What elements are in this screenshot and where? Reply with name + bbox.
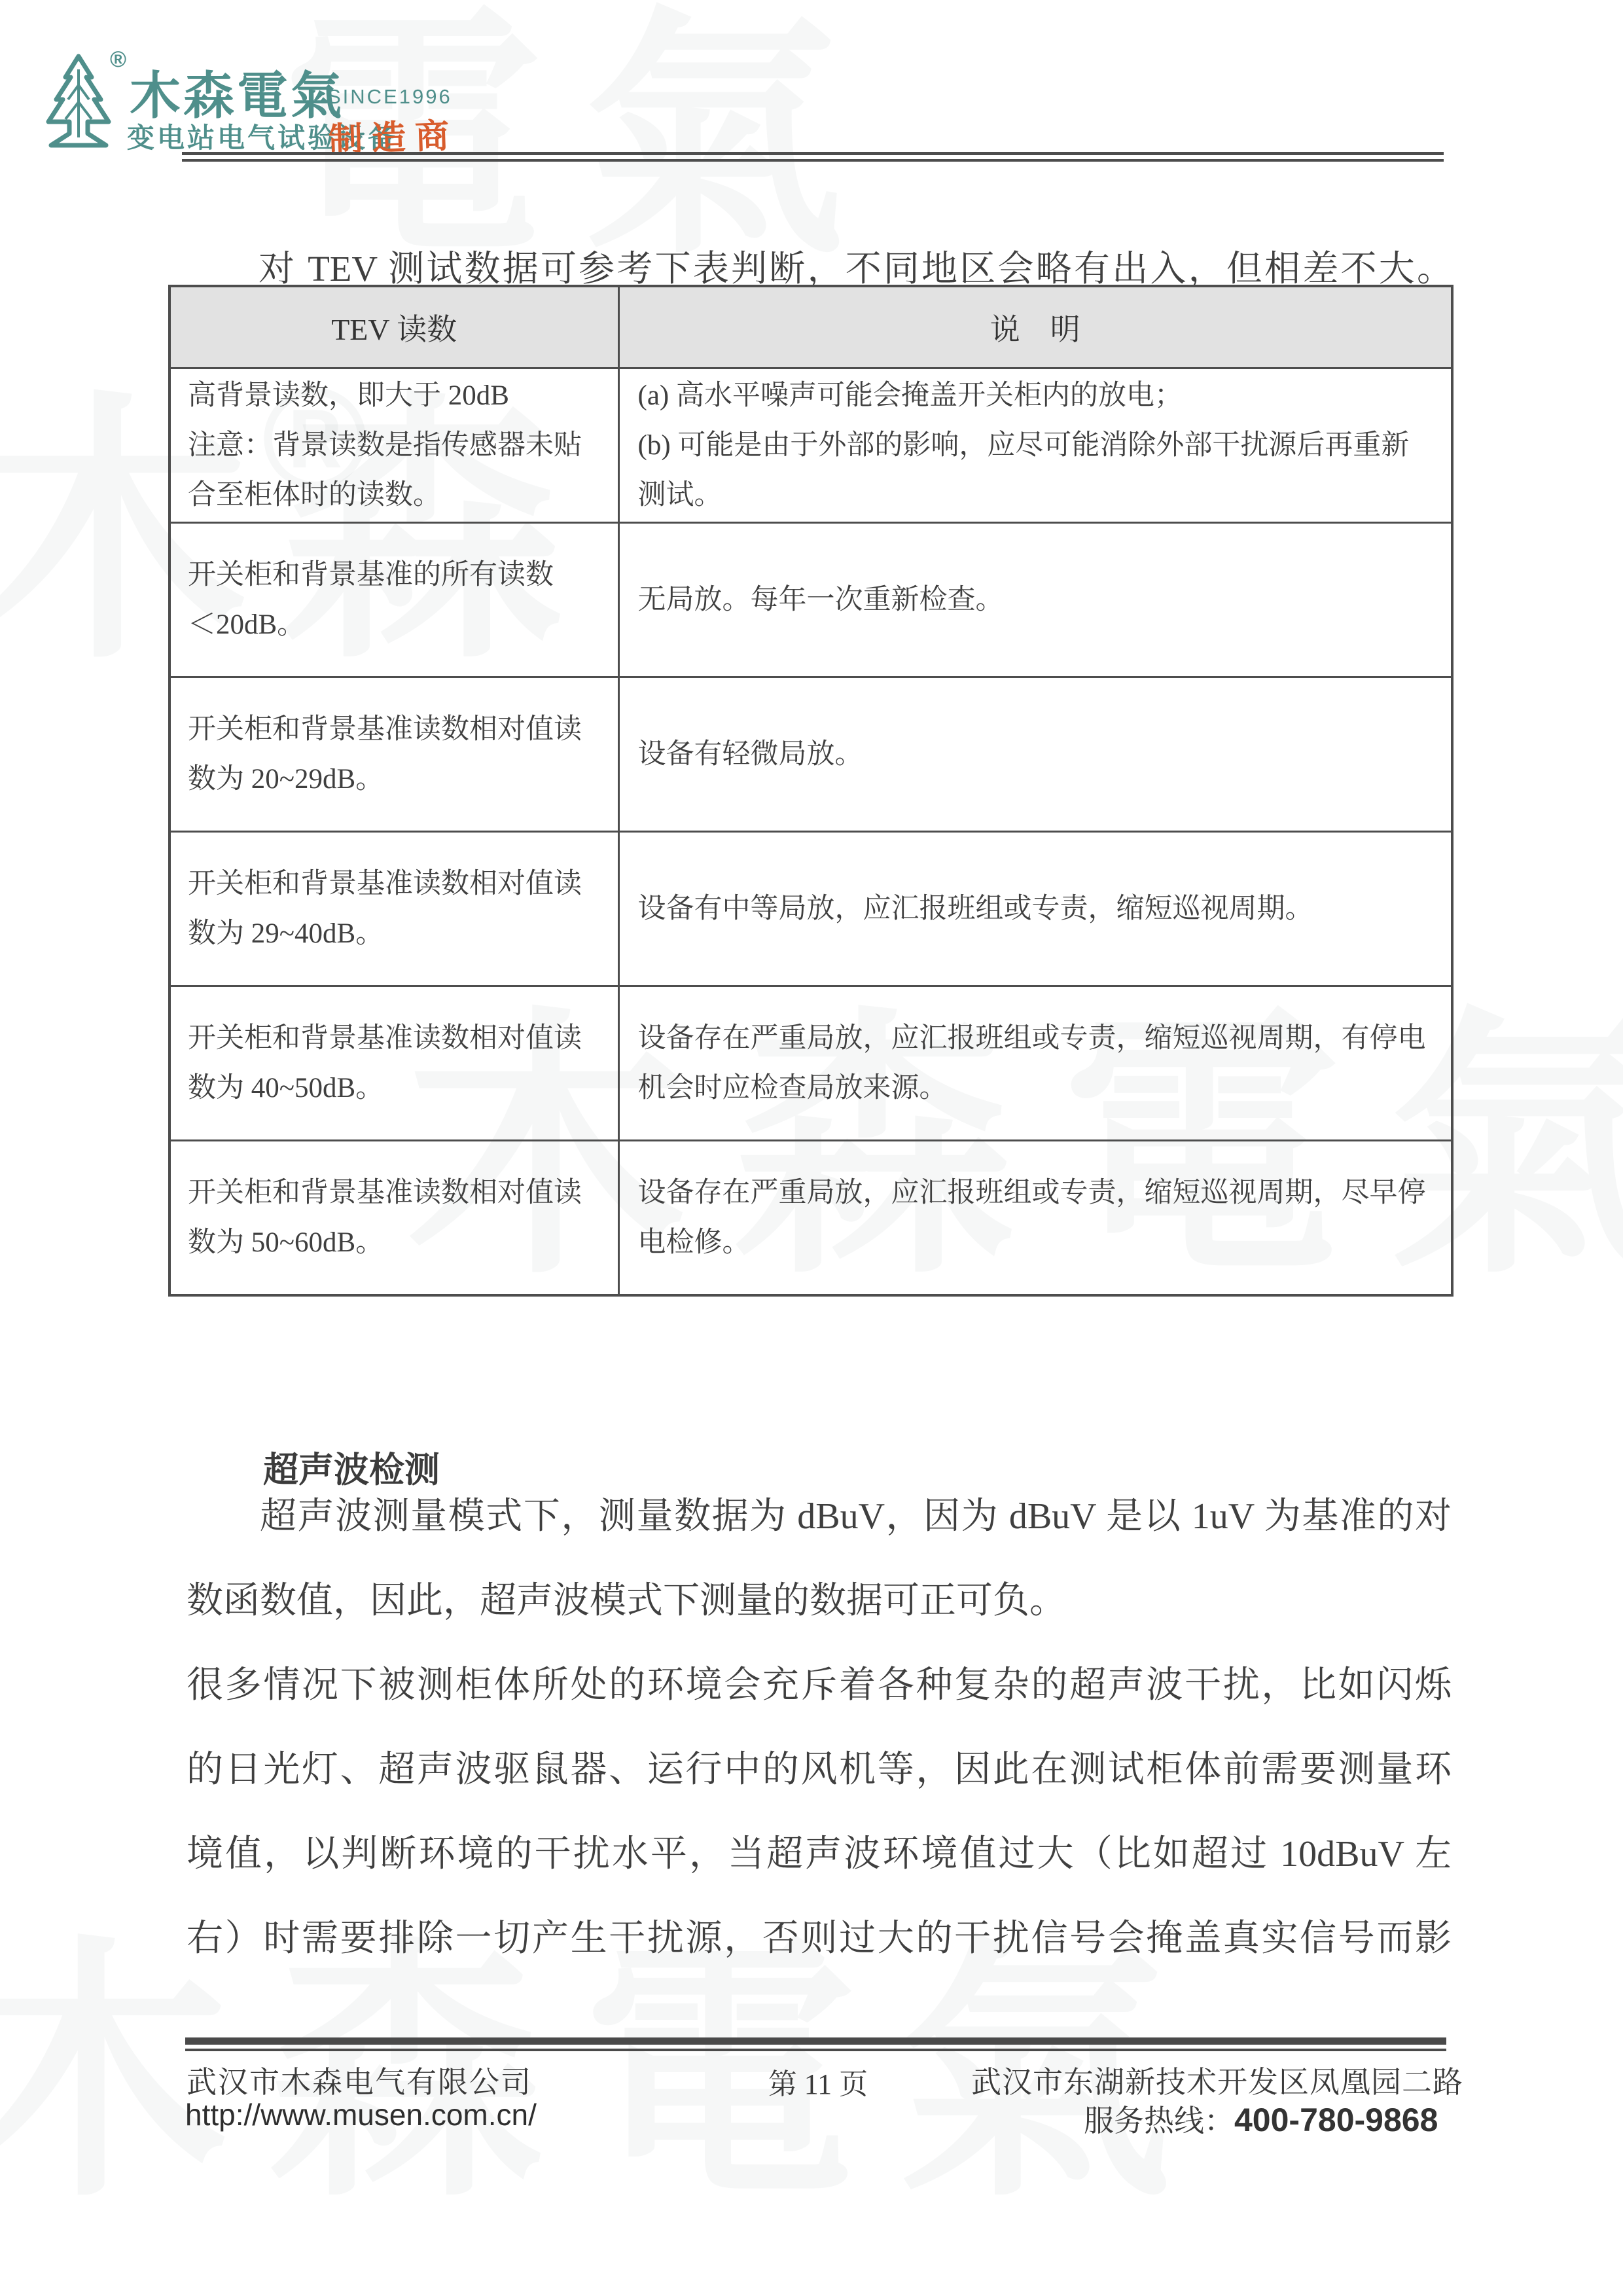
footer-rule-thin: [185, 2049, 1446, 2051]
cell-line: 设备有中等局放，应汇报班组或专责，缩短巡视周期。: [638, 884, 1445, 934]
cell-line: 开关柜和背景基准读数相对值读: [188, 705, 611, 755]
cell-description: 设备存在严重局放，应汇报班组或专责，缩短巡视周期，有停电 机会时应检查局放来源。: [618, 986, 1452, 1141]
cell-line: (a) 高水平噪声可能会掩盖开关柜内的放电；: [638, 371, 1445, 421]
body-line: 超声波测量模式下，测量数据为 dBuV，因为 dBuV 是以 1uV 为基准的对: [187, 1496, 1452, 1537]
cell-line: 开关柜和背景基准的所有读数: [188, 550, 611, 600]
table-row: 开关柜和背景基准读数相对值读 数为 20~29dB。 设备有轻微局放。: [169, 677, 1452, 832]
brand-since: SINCE1996: [327, 85, 452, 109]
header-rule-top: [182, 152, 1444, 155]
body-line: 的日光灯、超声波驱鼠器、运行中的风机等，因此在测试柜体前需要测量环: [187, 1749, 1452, 1791]
footer-company-name: 武汉市木森电气有限公司: [187, 2058, 532, 2102]
footer-address: 武汉市东湖新技术开发区凤凰园二路: [971, 2058, 1463, 2102]
table-header-row: TEV 读数 说 明: [169, 286, 1452, 368]
tev-reading-table: TEV 读数 说 明 高背景读数，即大于 20dB 注意：背景读数是指传感器未贴…: [168, 285, 1454, 1297]
table-row: 开关柜和背景基准的所有读数 ＜20dB。 无局放。每年一次重新检查。: [169, 523, 1452, 677]
cell-line: 设备有轻微局放。: [638, 730, 1445, 780]
cell-tev-reading: 开关柜和背景基准读数相对值读 数为 50~60dB。: [169, 1141, 618, 1296]
column-header-tev-reading: TEV 读数: [169, 286, 618, 368]
cell-line: ＜20dB。: [188, 600, 611, 650]
cell-tev-reading: 高背景读数，即大于 20dB 注意：背景读数是指传感器未贴 合至柜体时的读数。: [169, 368, 618, 523]
footer-hotline-label: 服务热线：: [1084, 2104, 1234, 2138]
cell-description: (a) 高水平噪声可能会掩盖开关柜内的放电； (b) 可能是由于外部的影响，应尽…: [618, 368, 1452, 523]
logo-tree-icon: [38, 52, 119, 154]
body-line: 右）时需要排除一切产生干扰源，否则过大的干扰信号会掩盖真实信号而影: [187, 1918, 1452, 1960]
table-row: 开关柜和背景基准读数相对值读 数为 29~40dB。 设备有中等局放，应汇报班组…: [169, 832, 1452, 986]
cell-tev-reading: 开关柜和背景基准读数相对值读 数为 40~50dB。: [169, 986, 618, 1141]
body-line: 很多情况下被测柜体所处的环境会充斥着各种复杂的超声波干扰，比如闪烁: [187, 1664, 1452, 1706]
registered-trademark-icon: ®: [110, 47, 126, 73]
cell-line: 开关柜和背景基准读数相对值读: [188, 1168, 611, 1218]
cell-line: 测试。: [638, 471, 1445, 520]
cell-line: 设备存在严重局放，应汇报班组或专责，缩短巡视周期，有停电: [638, 1014, 1445, 1064]
cell-tev-reading: 开关柜和背景基准读数相对值读 数为 29~40dB。: [169, 832, 618, 986]
cell-line: 注意：背景读数是指传感器未贴: [188, 421, 611, 471]
body-line: 境值，以判断环境的干扰水平，当超声波环境值过大（比如超过 10dBuV 左: [187, 1833, 1452, 1875]
footer-rule-thick: [185, 2037, 1446, 2045]
cell-description: 无局放。每年一次重新检查。: [618, 523, 1452, 677]
column-header-description: 说 明: [618, 286, 1452, 368]
cell-line: 合至柜体时的读数。: [188, 471, 611, 520]
footer-hotline: 服务热线：400-780-9868: [1084, 2097, 1438, 2140]
body-line: 数函数值，因此，超声波模式下测量的数据可正可负。: [187, 1580, 1452, 1622]
document-page: 電氣 木森 ® 木森電氣 木森電氣 ® 木森電氣 SINCE1996 变电站电气…: [0, 0, 1623, 2296]
cell-line: 机会时应检查局放来源。: [638, 1064, 1445, 1113]
page-number: 第 11 页: [746, 2060, 890, 2102]
cell-line: 数为 20~29dB。: [188, 755, 611, 804]
cell-line: 数为 29~40dB。: [188, 909, 611, 959]
cell-line: 设备存在严重局放，应汇报班组或专责，缩短巡视周期，尽早停: [638, 1168, 1445, 1218]
cell-line: 高背景读数，即大于 20dB: [188, 371, 611, 421]
footer-website-url: http://www.musen.com.cn/: [185, 2097, 537, 2132]
cell-line: 数为 40~50dB。: [188, 1064, 611, 1113]
cell-tev-reading: 开关柜和背景基准的所有读数 ＜20dB。: [169, 523, 618, 677]
cell-description: 设备存在严重局放，应汇报班组或专责，缩短巡视周期，尽早停 电检修。: [618, 1141, 1452, 1296]
table-row: 高背景读数，即大于 20dB 注意：背景读数是指传感器未贴 合至柜体时的读数。 …: [169, 368, 1452, 523]
footer-hotline-number: 400-780-9868: [1234, 2102, 1438, 2138]
table-row: 开关柜和背景基准读数相对值读 数为 40~50dB。 设备存在严重局放，应汇报班…: [169, 986, 1452, 1141]
cell-description: 设备有轻微局放。: [618, 677, 1452, 832]
cell-description: 设备有中等局放，应汇报班组或专责，缩短巡视周期。: [618, 832, 1452, 986]
header-rule-bottom: [182, 159, 1444, 162]
table-row: 开关柜和背景基准读数相对值读 数为 50~60dB。 设备存在严重局放，应汇报班…: [169, 1141, 1452, 1296]
cell-line: 数为 50~60dB。: [188, 1218, 611, 1268]
cell-line: 开关柜和背景基准读数相对值读: [188, 859, 611, 909]
cell-line: (b) 可能是由于外部的影响，应尽可能消除外部干扰源后再重新: [638, 421, 1445, 471]
cell-line: 电检修。: [638, 1218, 1445, 1268]
cell-tev-reading: 开关柜和背景基准读数相对值读 数为 20~29dB。: [169, 677, 618, 832]
cell-line: 开关柜和背景基准读数相对值读: [188, 1014, 611, 1064]
cell-line: 无局放。每年一次重新检查。: [638, 575, 1445, 625]
section-heading-ultrasonic: 超声波检测: [263, 1442, 440, 1492]
